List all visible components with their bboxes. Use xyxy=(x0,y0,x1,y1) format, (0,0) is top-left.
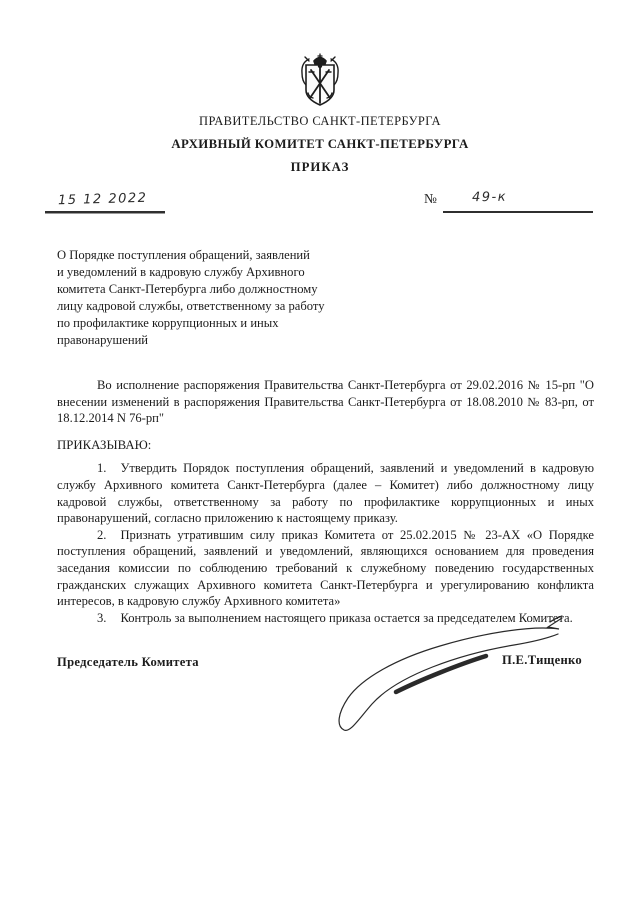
date-underline xyxy=(45,211,165,213)
number-underline xyxy=(443,211,593,213)
document-type-title: ПРИКАЗ xyxy=(0,160,640,175)
handwritten-date: 15 12 2022 xyxy=(58,191,148,208)
item-text: Утвердить Порядок поступления обращений,… xyxy=(57,461,594,525)
item-number: 1. xyxy=(97,461,106,475)
government-title: ПРАВИТЕЛЬСТВО САНКТ-ПЕТЕРБУРГА xyxy=(0,114,640,129)
document-body: Во исполнение распоряжения Правительства… xyxy=(57,377,594,626)
handwritten-number: 49-к xyxy=(472,190,507,206)
committee-title: АРХИВНЫЙ КОМИТЕТ САНКТ-ПЕТЕРБУРГА xyxy=(0,137,640,152)
order-item-2: 2.Признать утратившим силу приказ Комите… xyxy=(57,527,594,610)
order-item-1: 1.Утвердить Порядок поступления обращени… xyxy=(57,460,594,526)
signer-position-label: Председатель Комитета xyxy=(57,655,199,670)
coat-of-arms-icon xyxy=(289,50,351,112)
order-word: ПРИКАЗЫВАЮ: xyxy=(57,437,594,454)
item-text: Признать утратившим силу приказ Комитета… xyxy=(57,528,594,608)
item-number: 2. xyxy=(97,528,106,542)
item-number: 3. xyxy=(97,611,106,625)
number-sign-label: № xyxy=(424,191,437,207)
handwritten-signature xyxy=(300,612,580,742)
intro-paragraph: Во исполнение распоряжения Правительства… xyxy=(57,377,594,427)
subject-paragraph: О Порядке поступления обращений, заявлен… xyxy=(57,247,407,349)
scanned-order-document: ПРАВИТЕЛЬСТВО САНКТ-ПЕТЕРБУРГА АРХИВНЫЙ … xyxy=(0,0,640,905)
